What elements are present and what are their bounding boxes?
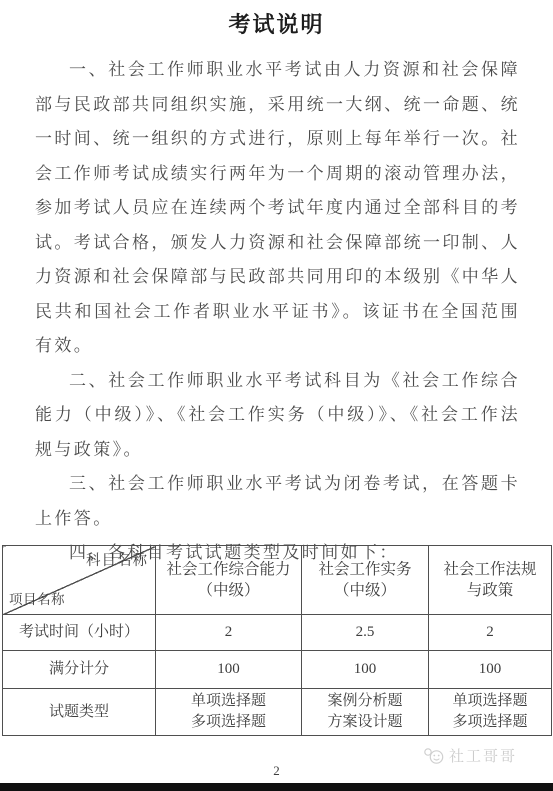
column-header-regulations-policy: 社会工作法规 与政策 — [429, 546, 552, 615]
exam-time-value: 2 — [156, 615, 302, 651]
question-types-value: 单项选择题 多项选择题 — [429, 689, 552, 736]
row-label-question-types: 试题类型 — [3, 689, 156, 736]
column-header-comprehensive-ability: 社会工作综合能力 （中级） — [156, 546, 302, 615]
document-page: 考试说明 一、社会工作师职业水平考试由人力资源和社会保障部与民政部共同组织实施，… — [0, 0, 553, 791]
smiley-face-icon — [423, 747, 445, 765]
table-header-row: 科目名称 项目名称 社会工作综合能力 （中级） 社会工作实务 （中级） 社会工作… — [3, 546, 552, 615]
exam-time-value: 2 — [429, 615, 552, 651]
question-types-value: 单项选择题 多项选择题 — [156, 689, 302, 736]
table-row-exam-time: 考试时间（小时） 2 2.5 2 — [3, 615, 552, 651]
paragraph-3: 三、社会工作师职业水平考试为闭卷考试，在答题卡上作答。 — [35, 467, 520, 536]
paragraph-1: 一、社会工作师职业水平考试由人力资源和社会保障部与民政部共同组织实施，采用统一大… — [35, 53, 520, 364]
corner-label-item-name: 项目名称 — [9, 589, 65, 610]
paragraph-2: 二、社会工作师职业水平考试科目为《社会工作综合能力（中级）》、《社会工作实务（中… — [35, 364, 520, 468]
table-row-question-types: 试题类型 单项选择题 多项选择题 案例分析题 方案设计题 单项选择题 多项选择题 — [3, 689, 552, 736]
question-types-value: 案例分析题 方案设计题 — [302, 689, 429, 736]
full-score-value: 100 — [302, 651, 429, 689]
bottom-bar — [0, 783, 553, 791]
row-label-exam-time: 考试时间（小时） — [3, 615, 156, 651]
corner-label-subject-name: 科目名称 — [86, 551, 148, 572]
exam-time-value: 2.5 — [302, 615, 429, 651]
exam-schedule-table: 科目名称 项目名称 社会工作综合能力 （中级） 社会工作实务 （中级） 社会工作… — [2, 545, 552, 736]
table-corner-cell: 科目名称 项目名称 — [3, 546, 156, 615]
full-score-value: 100 — [429, 651, 552, 689]
column-header-practice: 社会工作实务 （中级） — [302, 546, 429, 615]
table-row-full-score: 满分计分 100 100 100 — [3, 651, 552, 689]
page-title: 考试说明 — [0, 8, 553, 39]
row-label-full-score: 满分计分 — [3, 651, 156, 689]
page-number: 2 — [0, 763, 553, 779]
full-score-value: 100 — [156, 651, 302, 689]
document-body: 一、社会工作师职业水平考试由人力资源和社会保障部与民政部共同组织实施，采用统一大… — [35, 53, 520, 571]
